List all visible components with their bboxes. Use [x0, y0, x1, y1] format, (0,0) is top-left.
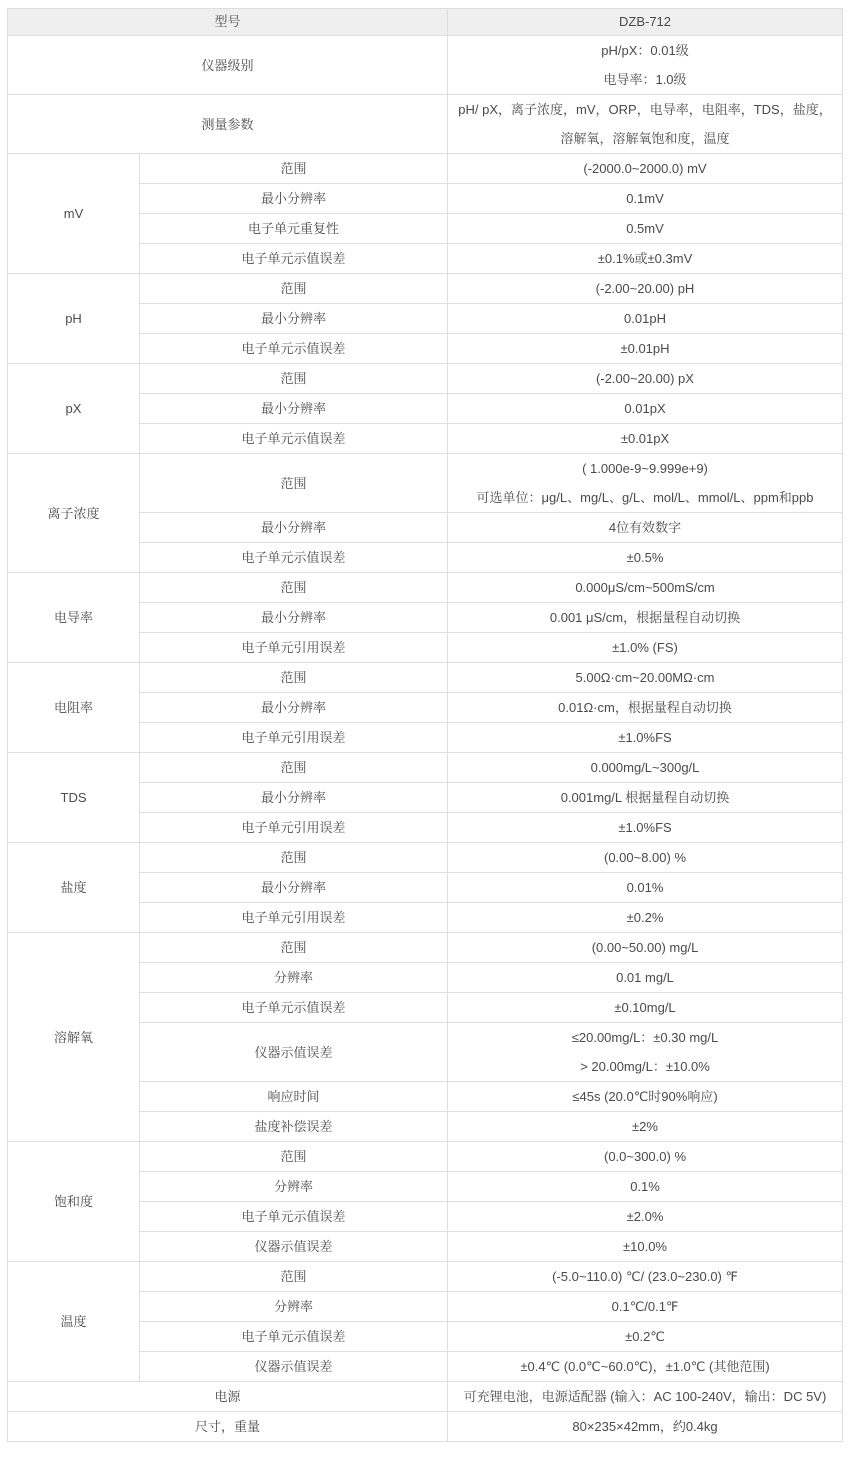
param-cell: 电子单元示值误差 [140, 244, 448, 274]
value-cell: 0.001mg/L 根据量程自动切换 [448, 783, 843, 813]
param-cell: 范围 [140, 274, 448, 304]
value-cell: 0.01% [448, 873, 843, 903]
value-line: ±0.01pX [456, 424, 834, 453]
value-line: 80×235×42mm，约0.4kg [456, 1412, 834, 1441]
category-cell: pX [8, 364, 140, 454]
value-line: ( 1.000e-9~9.999e+9) [456, 454, 834, 483]
value-cell: (0.0~300.0) % [448, 1142, 843, 1172]
value-cell: ±10.0% [448, 1232, 843, 1262]
value-cell: ±0.01pH [448, 334, 843, 364]
param-cell: 范围 [140, 843, 448, 873]
value-cell: ±0.2% [448, 903, 843, 933]
param-cell: 最小分辨率 [140, 184, 448, 214]
value-line: ±0.01pH [456, 334, 834, 363]
param-cell: 范围 [140, 573, 448, 603]
param-cell: 电子单元示值误差 [140, 993, 448, 1023]
value-line: pH/ pX，离子浓度，mV，ORP，电导率，电阻率，TDS，盐度，溶解氧，溶解… [456, 95, 834, 153]
value-cell: 0.01pX [448, 394, 843, 424]
value-cell: 可充锂电池，电源适配器 (输入：AC 100-240V，输出：DC 5V) [448, 1382, 843, 1412]
param-cell: 最小分辨率 [140, 693, 448, 723]
value-line: (0.00~50.00) mg/L [456, 933, 834, 962]
category-cell: 电导率 [8, 573, 140, 663]
param-cell: 范围 [140, 753, 448, 783]
category-cell: 离子浓度 [8, 454, 140, 573]
param-cell: 仪器示值误差 [140, 1023, 448, 1082]
spec-row: 溶解氧范围(0.00~50.00) mg/L [8, 933, 843, 963]
param-cell: 范围 [140, 1262, 448, 1292]
value-cell: ( 1.000e-9~9.999e+9)可选单位：μg/L、mg/L、g/L、m… [448, 454, 843, 513]
value-cell: 0.01pH [448, 304, 843, 334]
param-cell: 电子单元引用误差 [140, 723, 448, 753]
value-line: ±0.2% [456, 903, 834, 932]
value-line: ±0.10mg/L [456, 993, 834, 1022]
header-model-value: DZB-712 [448, 9, 843, 36]
value-line: ±1.0% (FS) [456, 633, 834, 662]
value-line: 0.000mg/L~300g/L [456, 753, 834, 782]
value-line: 5.00Ω·cm~20.00MΩ·cm [456, 663, 834, 692]
label-cell: 仪器级别 [8, 36, 448, 95]
value-line: (-2.00~20.00) pH [456, 274, 834, 303]
spec-row: 尺寸，重量80×235×42mm，约0.4kg [8, 1412, 843, 1442]
param-cell: 电子单元示值误差 [140, 424, 448, 454]
value-cell: ±0.2℃ [448, 1322, 843, 1352]
param-cell: 电子单元示值误差 [140, 1322, 448, 1352]
spec-row: 电阻率范围5.00Ω·cm~20.00MΩ·cm [8, 663, 843, 693]
value-cell: 4位有效数字 [448, 513, 843, 543]
category-cell: 盐度 [8, 843, 140, 933]
value-line: ±0.5% [456, 543, 834, 572]
value-line: 0.01pX [456, 394, 834, 423]
param-cell: 范围 [140, 663, 448, 693]
value-line: 0.01pH [456, 304, 834, 333]
value-line: 可选单位：μg/L、mg/L、g/L、mol/L、mmol/L、ppm和ppb [456, 483, 834, 512]
value-cell: ≤45s (20.0℃时90%响应) [448, 1082, 843, 1112]
param-cell: 最小分辨率 [140, 394, 448, 424]
spec-row: 电导率范围0.000μS/cm~500mS/cm [8, 573, 843, 603]
param-cell: 电子单元示值误差 [140, 543, 448, 573]
value-cell: ≤20.00mg/L：±0.30 mg/L> 20.00mg/L：±10.0% [448, 1023, 843, 1082]
value-cell: ±2.0% [448, 1202, 843, 1232]
value-cell: ±0.1%或±0.3mV [448, 244, 843, 274]
spec-row: 仪器级别pH/pX：0.01级电导率：1.0级 [8, 36, 843, 95]
value-cell: 0.01Ω·cm，根据量程自动切换 [448, 693, 843, 723]
param-cell: 最小分辨率 [140, 513, 448, 543]
category-cell: 溶解氧 [8, 933, 140, 1142]
value-cell: ±0.4℃ (0.0℃~60.0℃)，±1.0℃ (其他范围) [448, 1352, 843, 1382]
value-line: ±0.1%或±0.3mV [456, 244, 834, 273]
param-cell: 响应时间 [140, 1082, 448, 1112]
value-line: ≤20.00mg/L：±0.30 mg/L [456, 1023, 834, 1052]
spec-row: 温度范围(-5.0~110.0) ℃/ (23.0~230.0) ℉ [8, 1262, 843, 1292]
param-cell: 范围 [140, 154, 448, 184]
value-cell: 5.00Ω·cm~20.00MΩ·cm [448, 663, 843, 693]
value-cell: (-5.0~110.0) ℃/ (23.0~230.0) ℉ [448, 1262, 843, 1292]
spec-row: mV范围(-2000.0~2000.0) mV [8, 154, 843, 184]
value-cell: ±2% [448, 1112, 843, 1142]
label-cell: 电源 [8, 1382, 448, 1412]
value-line: 0.000μS/cm~500mS/cm [456, 573, 834, 602]
value-line: 0.1mV [456, 184, 834, 213]
value-line: pH/pX：0.01级 [456, 36, 834, 65]
spec-row: 测量参数pH/ pX，离子浓度，mV，ORP，电导率，电阻率，TDS，盐度，溶解… [8, 95, 843, 154]
param-cell: 分辨率 [140, 1292, 448, 1322]
value-line: (-2.00~20.00) pX [456, 364, 834, 393]
value-line: 0.01Ω·cm，根据量程自动切换 [456, 693, 834, 722]
value-line: ±1.0%FS [456, 723, 834, 752]
value-line: (0.00~8.00) % [456, 843, 834, 872]
value-cell: 0.01 mg/L [448, 963, 843, 993]
value-line: > 20.00mg/L：±10.0% [456, 1052, 834, 1081]
spec-row: 盐度范围(0.00~8.00) % [8, 843, 843, 873]
category-cell: 饱和度 [8, 1142, 140, 1262]
param-cell: 分辨率 [140, 963, 448, 993]
value-cell: 80×235×42mm，约0.4kg [448, 1412, 843, 1442]
value-cell: ±0.01pX [448, 424, 843, 454]
value-cell: ±0.10mg/L [448, 993, 843, 1023]
value-cell: (-2000.0~2000.0) mV [448, 154, 843, 184]
value-line: 0.1℃/0.1℉ [456, 1292, 834, 1321]
category-cell: mV [8, 154, 140, 274]
param-cell: 范围 [140, 454, 448, 513]
param-cell: 电子单元引用误差 [140, 813, 448, 843]
table-header-row: 型号 DZB-712 [8, 9, 843, 36]
value-cell: ±1.0% (FS) [448, 633, 843, 663]
value-line: 电导率：1.0级 [456, 65, 834, 94]
value-line: ±10.0% [456, 1232, 834, 1261]
page: 型号 DZB-712 仪器级别pH/pX：0.01级电导率：1.0级测量参数pH… [0, 0, 850, 1458]
value-line: 0.5mV [456, 214, 834, 243]
value-line: (-2000.0~2000.0) mV [456, 154, 834, 183]
category-cell: 温度 [8, 1262, 140, 1382]
value-line: 0.001 μS/cm，根据量程自动切换 [456, 603, 834, 632]
value-cell: (0.00~50.00) mg/L [448, 933, 843, 963]
param-cell: 范围 [140, 1142, 448, 1172]
value-cell: 0.001 μS/cm，根据量程自动切换 [448, 603, 843, 633]
value-line: ±0.2℃ [456, 1322, 834, 1351]
value-line: ±2% [456, 1112, 834, 1141]
spec-row: 离子浓度范围( 1.000e-9~9.999e+9)可选单位：μg/L、mg/L… [8, 454, 843, 513]
param-cell: 电子单元示值误差 [140, 334, 448, 364]
param-cell: 最小分辨率 [140, 603, 448, 633]
spec-row: 电源可充锂电池，电源适配器 (输入：AC 100-240V，输出：DC 5V) [8, 1382, 843, 1412]
value-cell: ±0.5% [448, 543, 843, 573]
value-cell: 0.000mg/L~300g/L [448, 753, 843, 783]
param-cell: 电子单元示值误差 [140, 1202, 448, 1232]
value-cell: (-2.00~20.00) pX [448, 364, 843, 394]
param-cell: 仪器示值误差 [140, 1232, 448, 1262]
value-cell: ±1.0%FS [448, 813, 843, 843]
value-line: 0.01 mg/L [456, 963, 834, 992]
value-line: 0.001mg/L 根据量程自动切换 [456, 783, 834, 812]
label-cell: 测量参数 [8, 95, 448, 154]
value-cell: 0.5mV [448, 214, 843, 244]
param-cell: 范围 [140, 364, 448, 394]
value-line: ≤45s (20.0℃时90%响应) [456, 1082, 834, 1111]
value-line: 4位有效数字 [456, 513, 834, 542]
value-cell: (0.00~8.00) % [448, 843, 843, 873]
value-line: ±0.4℃ (0.0℃~60.0℃)，±1.0℃ (其他范围) [456, 1352, 834, 1381]
category-cell: TDS [8, 753, 140, 843]
header-model-label: 型号 [8, 9, 448, 36]
param-cell: 电子单元引用误差 [140, 633, 448, 663]
param-cell: 分辨率 [140, 1172, 448, 1202]
value-cell: 0.1% [448, 1172, 843, 1202]
value-cell: pH/ pX，离子浓度，mV，ORP，电导率，电阻率，TDS，盐度，溶解氧，溶解… [448, 95, 843, 154]
value-line: 0.1% [456, 1172, 834, 1201]
value-cell: 0.000μS/cm~500mS/cm [448, 573, 843, 603]
param-cell: 盐度补偿误差 [140, 1112, 448, 1142]
category-cell: pH [8, 274, 140, 364]
param-cell: 电子单元引用误差 [140, 903, 448, 933]
spec-row: TDS范围0.000mg/L~300g/L [8, 753, 843, 783]
spec-row: 饱和度范围(0.0~300.0) % [8, 1142, 843, 1172]
value-cell: pH/pX：0.01级电导率：1.0级 [448, 36, 843, 95]
param-cell: 最小分辨率 [140, 783, 448, 813]
label-cell: 尺寸，重量 [8, 1412, 448, 1442]
spec-row: pH范围(-2.00~20.00) pH [8, 274, 843, 304]
spec-row: pX范围(-2.00~20.00) pX [8, 364, 843, 394]
value-cell: 0.1mV [448, 184, 843, 214]
param-cell: 范围 [140, 933, 448, 963]
param-cell: 电子单元重复性 [140, 214, 448, 244]
param-cell: 最小分辨率 [140, 873, 448, 903]
category-cell: 电阻率 [8, 663, 140, 753]
value-line: 0.01% [456, 873, 834, 902]
spec-table: 型号 DZB-712 仪器级别pH/pX：0.01级电导率：1.0级测量参数pH… [7, 8, 843, 1442]
param-cell: 仪器示值误差 [140, 1352, 448, 1382]
value-line: (0.0~300.0) % [456, 1142, 834, 1171]
value-cell: 0.1℃/0.1℉ [448, 1292, 843, 1322]
value-line: ±1.0%FS [456, 813, 834, 842]
value-line: ±2.0% [456, 1202, 834, 1231]
value-cell: ±1.0%FS [448, 723, 843, 753]
param-cell: 最小分辨率 [140, 304, 448, 334]
value-line: 可充锂电池，电源适配器 (输入：AC 100-240V，输出：DC 5V) [456, 1382, 834, 1411]
value-line: (-5.0~110.0) ℃/ (23.0~230.0) ℉ [456, 1262, 834, 1291]
value-cell: (-2.00~20.00) pH [448, 274, 843, 304]
